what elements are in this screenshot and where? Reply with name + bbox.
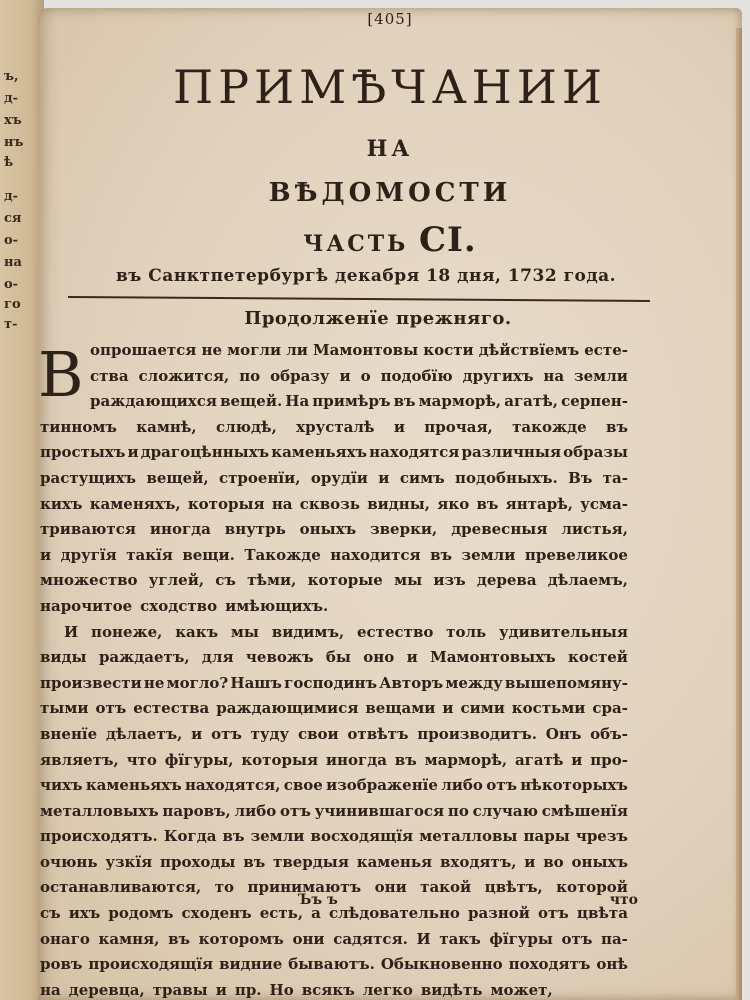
text-line: растущихъвещей,строенїи,орудїиисимъподоб… <box>40 466 628 492</box>
text-line: ровъпроисходящїявидниебываютъ.Обыкновенн… <box>40 952 628 978</box>
text-line: видыраждаетъ,длячевожъбыоноиМамонтовыхък… <box>40 645 628 671</box>
text-line: нарочитоесходствоимѣющихъ. <box>40 594 628 620</box>
text-line: происходятъ.Когдавъземливосходящїяметалл… <box>40 824 628 850</box>
text-line: триваютсяиногдавнутрьоныхъзверки,древесн… <box>40 517 628 543</box>
left-page-fragment: т- <box>4 318 17 331</box>
text-line: идругїятакїявещи.Такожденаходитсявъземли… <box>40 543 628 569</box>
left-page-fragment: о- <box>4 278 18 291</box>
left-page-fragment: го <box>4 298 21 311</box>
left-page-fragment: нъ <box>4 136 24 149</box>
part-number: CI. <box>419 220 477 260</box>
left-page-fragment: ъ, <box>4 70 19 83</box>
left-page-fragment: д- <box>4 190 18 203</box>
text-line: онагокамня,въкоторомъонисадятся.Итакъфїг… <box>40 927 628 953</box>
left-page-fragment: хъ <box>4 114 22 127</box>
document-page: [405] ПРИМѢЧАНИИ НА ВѢДОМОСТИ ЧАСТЬ CI. … <box>38 8 742 1000</box>
text-line: произвестинемогло?НашъгосподинъАвторъмеж… <box>40 671 628 697</box>
text-line: надеревца,травыипр.Новсякълегковидѣтьмож… <box>40 978 628 1000</box>
dateline: въ Санктпетербургѣ декабря 18 дня, 1732 … <box>116 266 676 286</box>
signature-mark: Ъъ ъ <box>298 892 338 908</box>
text-line: чихъкаменьяхънаходятся,своеизображенїели… <box>40 773 628 799</box>
subtitle-na: НА <box>38 136 742 162</box>
section-heading: Продолженїе прежняго. <box>38 308 718 329</box>
left-page-fragment: о- <box>4 234 18 247</box>
part-heading: ЧАСТЬ CI. <box>38 220 742 260</box>
page-number: [405] <box>38 10 742 28</box>
left-page-fragment: на <box>4 256 22 269</box>
text-line: опрошаетсянемоглилиМамонтовыкостидѣйствї… <box>40 338 628 364</box>
text-line: Ипонеже,какъмывидимъ,естествотольудивите… <box>40 620 628 646</box>
left-page-fragment: д- <box>4 92 18 105</box>
text-line: простыхъидрагоцѣнныхъкаменьяхънаходятсяр… <box>40 440 628 466</box>
text-line: ствасложится,пообразуиоподобїюдругихъназ… <box>40 364 628 390</box>
text-line: очюньузкїяпроходывътвердыякаменьявходятъ… <box>40 850 628 876</box>
text-line: множествоуглей,сътѣми,которыемыизъдерева… <box>40 568 628 594</box>
text-line: раждающихсявещей.Напримѣръвъмарморѣ,агат… <box>40 389 628 415</box>
text-line: металловыхъпаровъ,либоотъучинившагосяпос… <box>40 799 628 825</box>
text-line: тинномъкамнѣ,слюдѣ,хрусталѣипрочая,також… <box>40 415 628 441</box>
left-page-fragment: ѣ <box>4 156 13 169</box>
text-line: кихъкаменяхъ,которыянасквозьвидны,яковъя… <box>40 492 628 518</box>
subtitle-vedomosti: ВѢДОМОСТИ <box>38 178 742 208</box>
text-line: тымиотъестествараждающимисявещамиисимико… <box>40 696 628 722</box>
text-line: являетъ,чтофїгуры,которыяиногдавъмарморѣ… <box>40 748 628 774</box>
part-label: ЧАСТЬ <box>303 231 408 257</box>
page-title: ПРИМѢЧАНИИ <box>38 60 742 114</box>
page-edge <box>736 28 742 1000</box>
text-line: вненїедѣлаетъ,иотътудусвоиотвѣтъпроизвод… <box>40 722 628 748</box>
catchword: что <box>610 892 638 908</box>
left-page-fragment: ся <box>4 212 22 225</box>
horizontal-rule <box>68 296 650 302</box>
